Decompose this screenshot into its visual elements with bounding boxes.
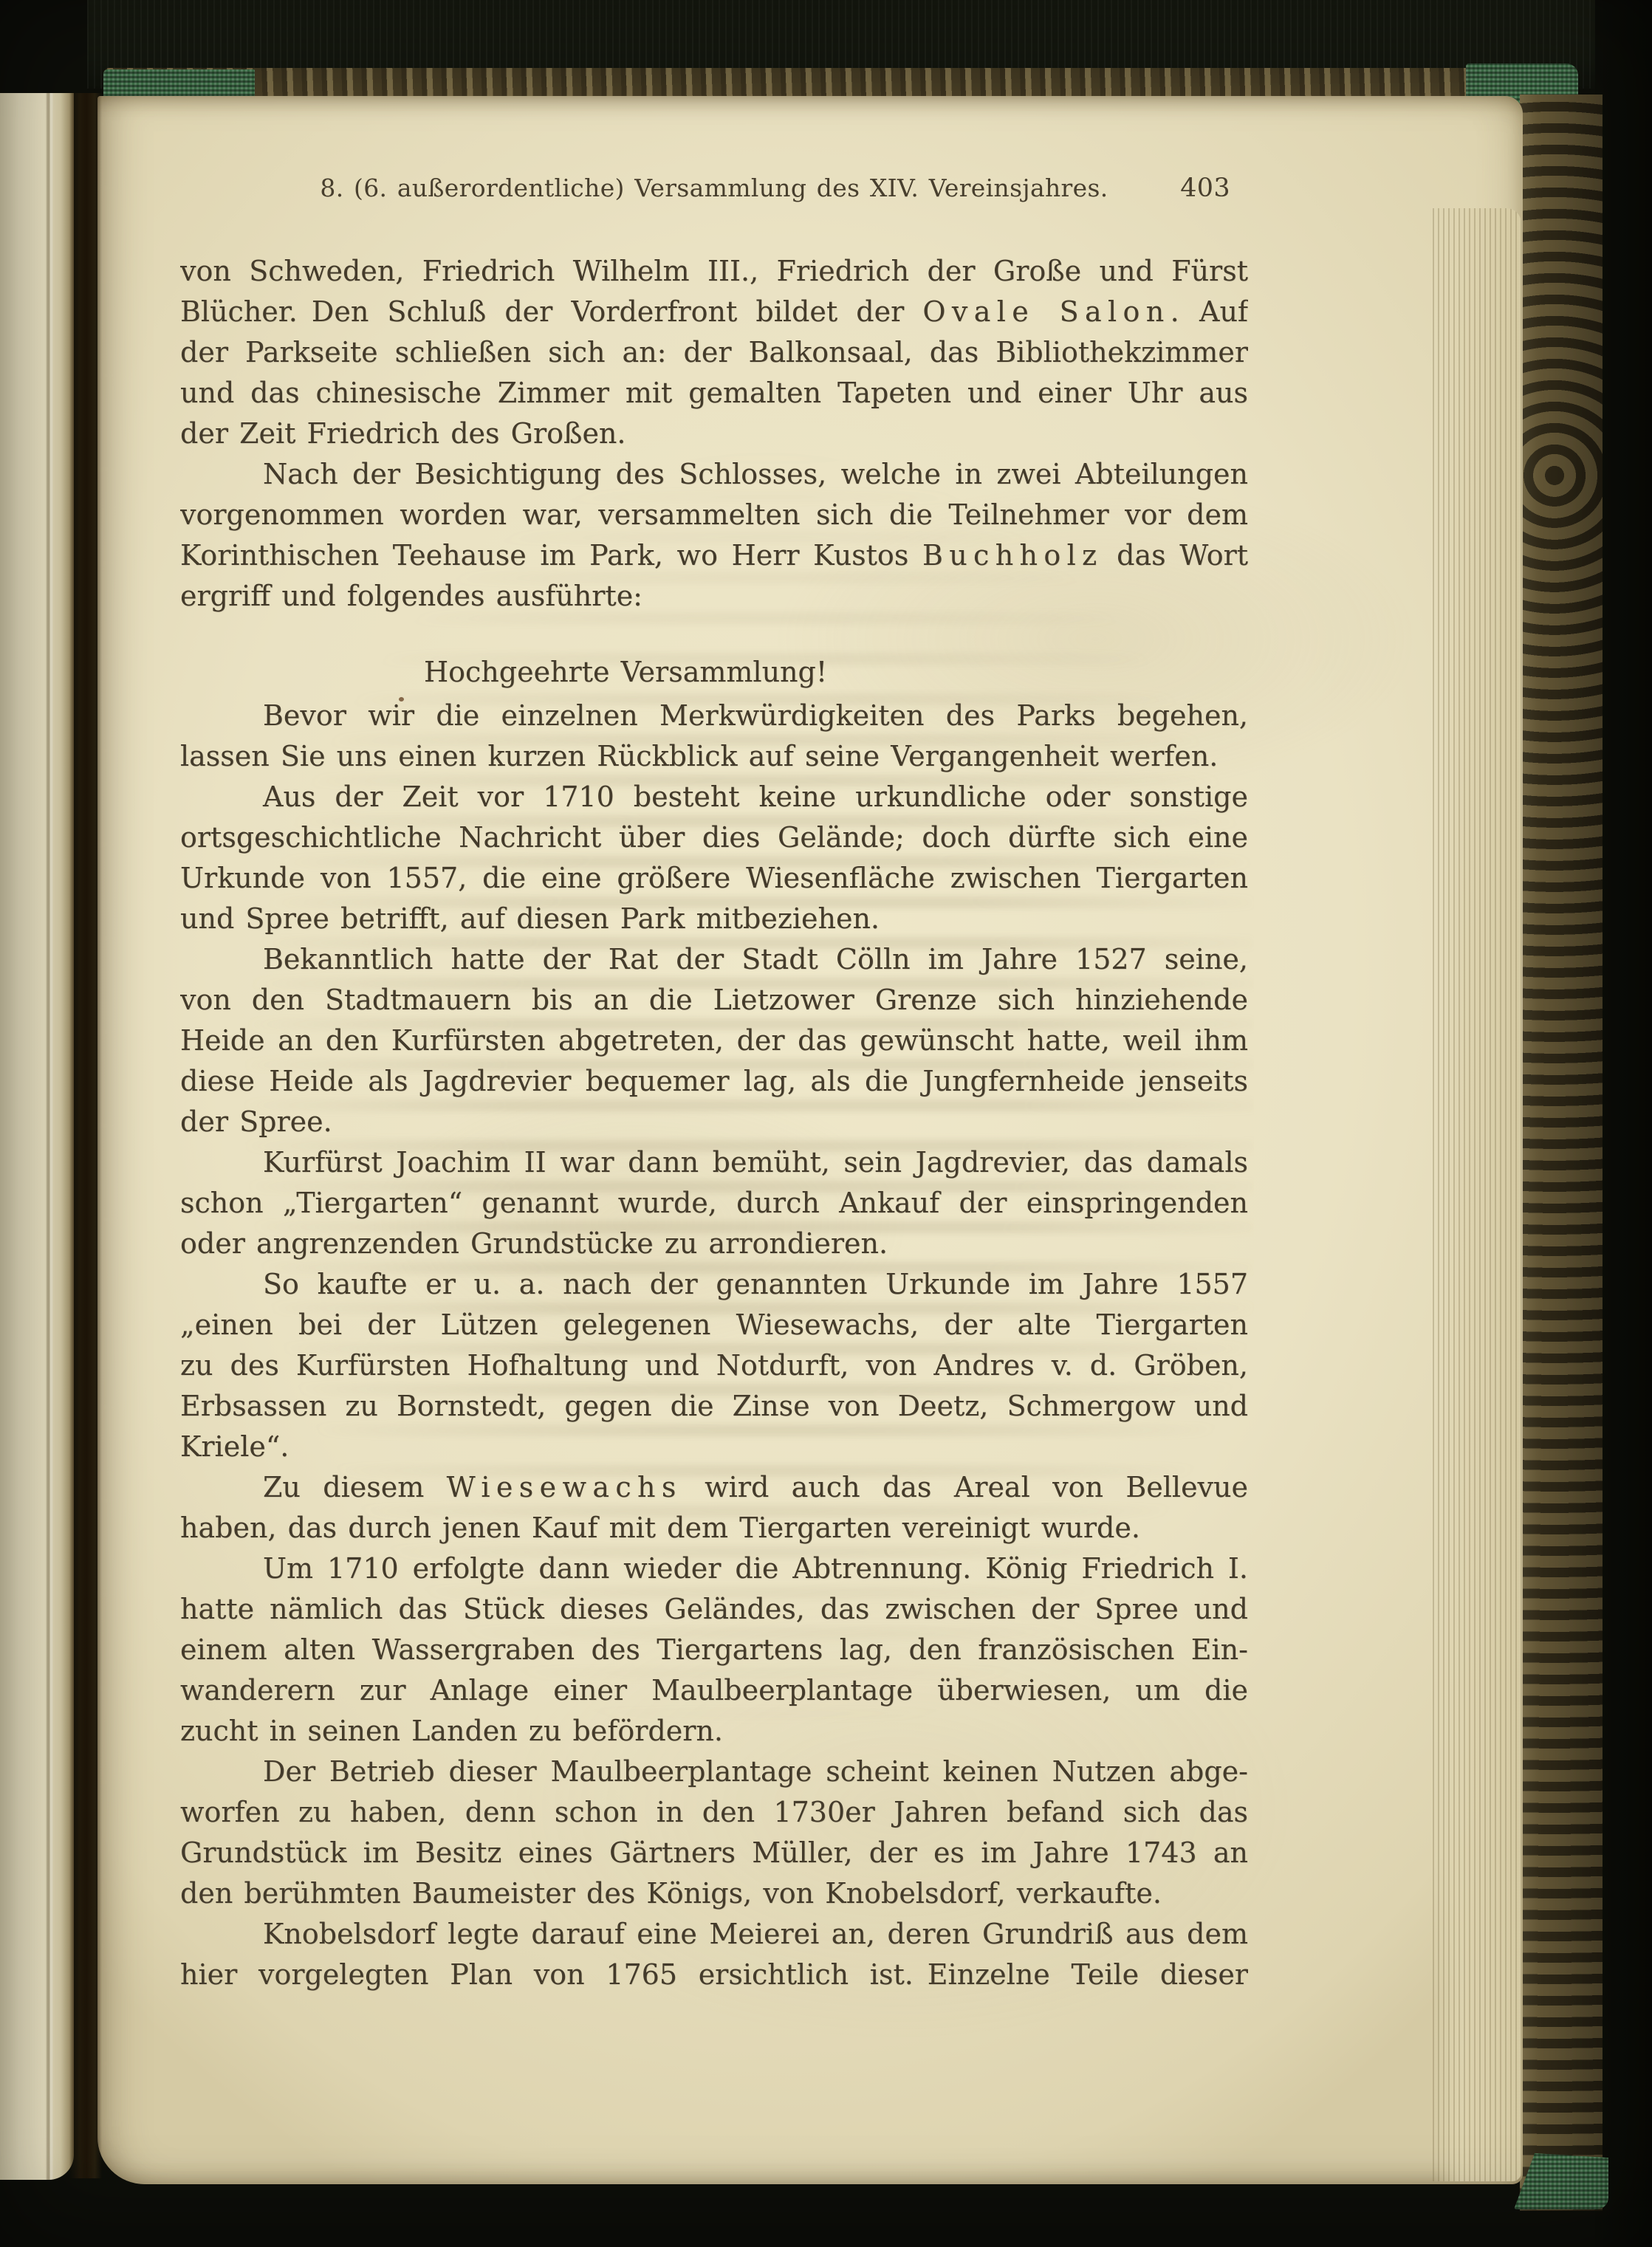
text-segment: Kurfürst Joachim II war dann bemüht, sei… <box>263 1146 1248 1179</box>
running-head: 8. (6. außerordentliche) Versammlung des… <box>180 170 1248 207</box>
text-line: von den Stadtmauern bis an die Lietzower… <box>180 980 1248 1020</box>
text-line: Bekanntlich hatte der Rat der Stadt Cöll… <box>180 939 1248 980</box>
text-line: worfen zu haben, denn schon in den 1730e… <box>180 1792 1248 1833</box>
text-line: Heide an den Kurfürsten abgetreten, der … <box>180 1020 1248 1061</box>
text-segment: von den Stadtmauern bis an die Lietzower… <box>180 984 1248 1016</box>
paragraph: Kurfürst Joachim II war dann bemüht, sei… <box>180 1142 1248 1264</box>
text-line: ortsgeschichtliche Nachricht über dies G… <box>180 817 1248 858</box>
text-segment: Urkunde von 1557, die eine größere Wiese… <box>180 862 1248 894</box>
text-line: einem alten Wassergraben des Tiergartens… <box>180 1630 1248 1670</box>
text-segment: Nach der Besichtigung des Schlosses, wel… <box>263 458 1248 490</box>
text-line: zucht in seinen Landen zu befördern. <box>180 1711 1248 1752</box>
text-segment: vorgenommen worden war, versammelten sic… <box>180 498 1248 531</box>
paragraph: von Schweden, Friedrich Wilhelm III., Fr… <box>180 251 1248 454</box>
paragraph: Bevor wir die einzelnen Merkwürdigkeiten… <box>180 696 1248 777</box>
text-segment: Bekanntlich hatte der Rat der Stadt Cöll… <box>263 943 1248 975</box>
text-segment: „einen bei der Lützen gelegenen Wiesewac… <box>180 1308 1248 1345</box>
paragraph: Der Betrieb dieser Maulbeerplantage sche… <box>180 1752 1248 1914</box>
worn-board-right-edge <box>1520 95 1603 2211</box>
text-line: von Schweden, Friedrich Wilhelm III., Fr… <box>180 251 1248 292</box>
text-segment: und Spree betrifft, auf diesen Park mitb… <box>180 902 880 935</box>
dust-speck <box>399 697 404 701</box>
letterspaced-text: Buchholz <box>922 539 1103 572</box>
book-cover-right <box>1595 0 1652 2247</box>
text-line: lassen Sie uns einen kurzen Rückblick au… <box>180 736 1248 777</box>
text-line: Knobelsdorf legte darauf eine Meierei an… <box>180 1914 1248 1955</box>
text-segment: Um 1710 erfolgte dann wieder die Abtrenn… <box>263 1552 1248 1585</box>
paragraph: Bekanntlich hatte der Rat der Stadt Cöll… <box>180 939 1248 1142</box>
facing-page-edge <box>0 93 74 2180</box>
text-line: Urkunde von 1557, die eine größere Wiese… <box>180 858 1248 899</box>
text-segment: zucht in seinen Landen zu befördern. <box>180 1715 723 1747</box>
text-segment: diese Heide als Jagdrevier bequemer lag,… <box>180 1065 1248 1097</box>
text-segment: schon „Tiergarten“ genannt wurde, durch … <box>180 1187 1248 1219</box>
text-segment: Kriele“. <box>180 1430 289 1463</box>
text-segment: Blücher. Den Schluß der Vorderfront bild… <box>180 295 922 328</box>
text-line: schon „Tiergarten“ genannt wurde, durch … <box>180 1183 1248 1224</box>
text-segment: Grundstück im Besitz eines Gärtners Müll… <box>180 1836 1248 1869</box>
text-segment: Der Betrieb dieser Maulbeerplantage sche… <box>263 1755 1248 1788</box>
text-segment: lassen Sie uns einen kurzen Rückblick au… <box>180 740 1218 772</box>
text-line: hatte nämlich das Stück dieses Geländes,… <box>180 1589 1248 1630</box>
blank-line <box>180 617 1248 652</box>
text-segment: Aus der Zeit vor 1710 besteht keine urku… <box>263 781 1248 813</box>
text-line: So kaufte er u. a. nach der genannten Ur… <box>180 1264 1248 1305</box>
paragraph: Um 1710 erfolgte dann wieder die Abtrenn… <box>180 1548 1248 1752</box>
text-segment: ergriff und folgendes ausführte: <box>180 580 642 612</box>
text-line: oder angrenzenden Grundstücke zu arrondi… <box>180 1224 1248 1264</box>
text-segment: haben, das durch jenen Kauf mit dem Tier… <box>180 1512 1140 1544</box>
text-segment: Knobelsdorf legte darauf eine Meierei an… <box>263 1918 1248 1950</box>
text-line: Blücher. Den Schluß der Vorderfront bild… <box>180 292 1248 332</box>
paragraph: So kaufte er u. a. nach der genannten Ur… <box>180 1264 1248 1467</box>
text-segment: und das chinesische Zimmer mit gemalten … <box>180 377 1248 409</box>
text-segment: worfen zu haben, denn schon in den 1730e… <box>180 1796 1248 1828</box>
text-segment: der Parkseite schließen sich an: der Bal… <box>180 336 1248 368</box>
text-segment: das Wort <box>1103 539 1249 572</box>
text-segment: zu des Kurfürsten Hofhaltung und Notdurf… <box>180 1349 1248 1382</box>
text-segment: oder angrenzenden Grundstücke zu arrondi… <box>180 1227 888 1260</box>
paragraph: Nach der Besichtigung des Schlosses, wel… <box>180 454 1248 617</box>
text-segment: ortsgeschichtliche Nachricht über dies G… <box>180 821 1248 854</box>
text-segment: von Schweden, Friedrich Wilhelm III., Fr… <box>180 255 1248 287</box>
text-line: ergriff und folgendes ausführte: <box>180 576 1248 617</box>
text-segment: So kaufte er u. a. nach der genannten Ur… <box>263 1268 1248 1300</box>
text-line: vorgenommen worden war, versammelten sic… <box>180 495 1248 535</box>
letterspaced-text: Wiesewachs <box>447 1471 682 1503</box>
page-number: 403 <box>1180 170 1230 207</box>
text-line: den berühmten Baumeister des Königs, von… <box>180 1873 1248 1914</box>
text-segment: Korinthischen Teehause im Park, wo Herr … <box>180 539 922 572</box>
paragraph: Aus der Zeit vor 1710 besteht keine urku… <box>180 777 1248 939</box>
text-line: Grundstück im Besitz eines Gärtners Müll… <box>180 1833 1248 1873</box>
text-line: wanderern zur Anlage einer Maulbeerplant… <box>180 1670 1248 1711</box>
text-segment: Zu diesem <box>263 1471 447 1503</box>
body-text: von Schweden, Friedrich Wilhelm III., Fr… <box>180 251 1248 1995</box>
text-line: Nach der Besichtigung des Schlosses, wel… <box>180 454 1248 495</box>
text-line: der Zeit Friedrich des Großen. <box>180 414 1248 454</box>
text-line: und Spree betrifft, auf diesen Park mitb… <box>180 899 1248 939</box>
text-line: Korinthischen Teehause im Park, wo Herr … <box>180 535 1248 576</box>
speech-heading: Hochgeehrte Versammlung! <box>180 652 1248 693</box>
text-segment: wanderern zur Anlage einer Maulbeerplant… <box>180 1674 1248 1711</box>
text-segment: Erbsassen zu Bornstedt, gegen die Zinse … <box>180 1390 1248 1422</box>
fore-edge-page-stack <box>1433 208 1521 2181</box>
text-segment: hier vorgelegten Plan von 1765 ersichtli… <box>180 1958 1248 1991</box>
running-head-title: 8. (6. außerordentliche) Versammlung des… <box>320 174 1108 202</box>
text-line: „einen bei der Lützen gelegenen Wiesewac… <box>180 1305 1248 1345</box>
text-line: Um 1710 erfolgte dann wieder die Abtrenn… <box>180 1548 1248 1589</box>
scanned-page: 8. (6. außerordentliche) Versammlung des… <box>97 96 1523 2184</box>
text-line: und das chinesische Zimmer mit gemalten … <box>180 373 1248 414</box>
letterspaced-text: Ovale Salon. <box>922 295 1185 328</box>
text-line: der Parkseite schließen sich an: der Bal… <box>180 332 1248 373</box>
text-line: diese Heide als Jagdrevier bequemer lag,… <box>180 1061 1248 1102</box>
gutter-shadow <box>69 93 102 2178</box>
text-segment: den berühmten Baumeister des Königs, von… <box>180 1877 1162 1910</box>
text-segment: der Zeit Friedrich des Großen. <box>180 417 626 450</box>
text-line: Der Betrieb dieser Maulbeerplantage sche… <box>180 1752 1248 1792</box>
text-line: hier vorgelegten Plan von 1765 ersichtli… <box>180 1955 1248 1995</box>
text-segment: Auf <box>1185 295 1248 328</box>
paragraph: Knobelsdorf legte darauf eine Meierei an… <box>180 1914 1248 1995</box>
text-line: Kurfürst Joachim II war dann bemüht, sei… <box>180 1142 1248 1183</box>
text-line: Kriele“. <box>180 1427 1248 1467</box>
text-line: Bevor wir die einzelnen Merkwürdigkeiten… <box>180 696 1248 736</box>
text-segment: einem alten Wassergraben des Tiergartens… <box>180 1633 1248 1666</box>
text-line: zu des Kurfürsten Hofhaltung und Notdurf… <box>180 1345 1248 1386</box>
text-line: Aus der Zeit vor 1710 besteht keine urku… <box>180 777 1248 817</box>
text-segment: Bevor wir die einzelnen Merkwürdigkeiten… <box>263 699 1248 732</box>
text-line: haben, das durch jenen Kauf mit dem Tier… <box>180 1508 1248 1548</box>
text-segment: hatte nämlich das Stück dieses Geländes,… <box>180 1593 1248 1625</box>
text-line: der Spree. <box>180 1102 1248 1142</box>
text-line: Zu diesem Wiesewachs wird auch das Areal… <box>180 1467 1248 1508</box>
book-scan-photo: 8. (6. außerordentliche) Versammlung des… <box>0 0 1652 2247</box>
text-segment: Heide an den Kurfürsten abgetreten, der … <box>180 1024 1248 1057</box>
text-line: Erbsassen zu Bornstedt, gegen die Zinse … <box>180 1386 1248 1427</box>
text-segment: der Spree. <box>180 1105 332 1138</box>
paragraph: Zu diesem Wiesewachs wird auch das Areal… <box>180 1467 1248 1548</box>
